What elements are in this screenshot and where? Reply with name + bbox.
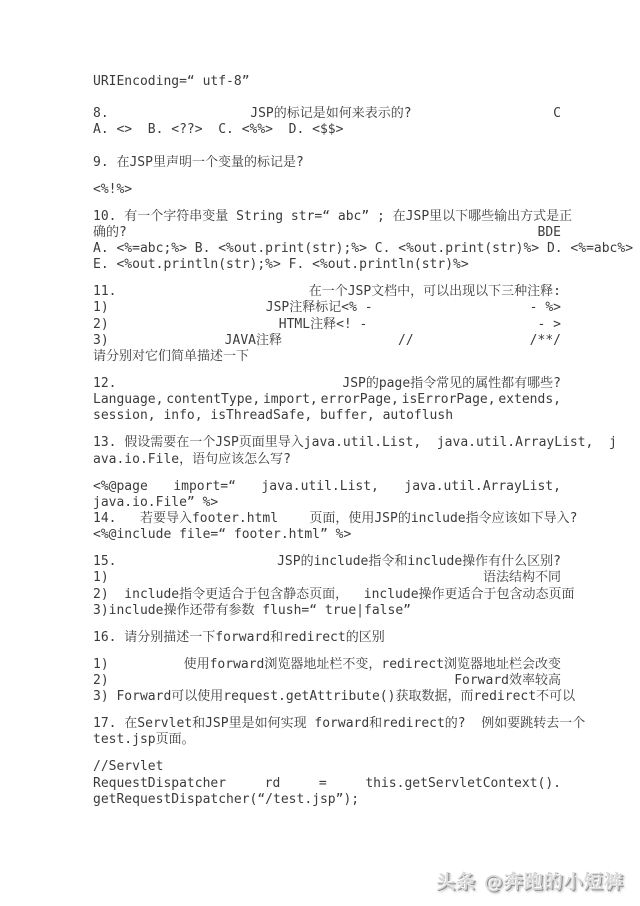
doc-line: 2)HTML注释<! -- >	[93, 317, 561, 333]
blank-line	[93, 705, 561, 716]
blank-line	[93, 198, 561, 209]
doc-line-segment: HTML注释<! -	[279, 317, 368, 333]
blank-line	[93, 543, 561, 554]
doc-line-segment: C	[553, 106, 561, 122]
doc-line: test.jsp页面。	[93, 732, 561, 748]
doc-line: A. <%=abc;%> B. <%out.print(str);%> C. <…	[93, 241, 561, 257]
doc-line-segment: 在一个JSP文档中，可以出现以下三种注释:	[309, 284, 561, 300]
doc-line: <%@pageimport=“java.util.List,java.util.…	[93, 479, 561, 495]
doc-line: 请分别对它们简单描述一下	[93, 349, 561, 365]
doc-line-segment: - %>	[530, 300, 561, 316]
doc-line: 1)JSP注释标记<% -- %>	[93, 300, 561, 316]
blank-line	[93, 171, 561, 182]
doc-line-segment: JSP的include指令和include操作有什么区别?	[277, 554, 561, 570]
doc-line-segment: isErrorPage,	[402, 392, 496, 408]
doc-line-segment: 11.	[93, 284, 116, 300]
blank-line	[93, 90, 561, 106]
doc-line: A. <> B. <??> C. <%%> D. <$$>	[93, 122, 561, 138]
doc-line: session, info, isThreadSafe, buffer, aut…	[93, 408, 561, 424]
doc-line: RequestDispatcherrd=this.getServletConte…	[93, 776, 561, 792]
doc-line-segment: 1)	[93, 657, 109, 673]
doc-line-segment: 1)	[93, 300, 109, 316]
blank-line	[93, 468, 561, 479]
doc-line-segment: import=“	[173, 479, 236, 495]
doc-line: 9. 在JSP里声明一个变量的标记是?	[93, 155, 561, 171]
doc-line: 3)JAVA注释///**/	[93, 333, 561, 349]
doc-line-segment: extends,	[498, 392, 561, 408]
doc-line-segment: =	[319, 776, 327, 792]
doc-line-segment: 15.	[93, 554, 116, 570]
doc-line: 2)Forward效率较高	[93, 673, 561, 689]
blank-line	[93, 365, 561, 376]
doc-line: 确的?BDE	[93, 225, 561, 241]
doc-line: Language,contentType,import,errorPage,is…	[93, 392, 561, 408]
doc-line: E. <%out.println(str);%> F. <%out.printl…	[93, 257, 561, 273]
doc-line-segment: java.util.ArrayList,	[404, 479, 561, 495]
doc-line-segment: 语法结构不同	[483, 570, 561, 586]
doc-line-segment: 8.	[93, 106, 109, 122]
doc-line: 11.在一个JSP文档中，可以出现以下三种注释:	[93, 284, 561, 300]
doc-line-segment: 2)	[93, 317, 109, 333]
doc-line: 3) Forward可以使用request.getAttribute()获取数据…	[93, 689, 561, 705]
blank-line	[93, 749, 561, 760]
blank-line	[93, 425, 561, 436]
doc-line-segment: JSP的标记是如何来表示的?	[250, 106, 411, 122]
doc-line-segment: Language,	[93, 392, 163, 408]
doc-line: <%!%>	[93, 182, 561, 198]
watermark: 头条 @奔跑的小短裤	[436, 867, 624, 894]
doc-line: 14. 若要导入footer.html 页面，使用JSP的include指令应该…	[93, 511, 561, 527]
doc-line-segment: 2)	[93, 673, 109, 689]
doc-line: //Servlet	[93, 759, 561, 775]
doc-line: 10. 有一个字符串变量 String str=“ abc” ; 在JSP里以下…	[93, 209, 561, 225]
doc-line: 16. 请分别描述一下forward和redirect的区别	[93, 630, 561, 646]
doc-line-segment: 12.	[93, 376, 116, 392]
doc-line-segment: JAVA注释	[225, 333, 282, 349]
blank-line	[93, 619, 561, 630]
doc-line: 15.JSP的include指令和include操作有什么区别?	[93, 554, 561, 570]
doc-line: java.io.File” %>	[93, 495, 561, 511]
doc-line: 12.JSP的page指令常见的属性都有哪些?	[93, 376, 561, 392]
watermark-text: 头条 @奔跑的小短裤	[436, 871, 624, 893]
doc-line-segment: 使用forward浏览器地址栏不变，redirect浏览器地址栏会改变	[184, 657, 561, 673]
blank-line	[93, 646, 561, 657]
doc-line-segment: BDE	[538, 225, 561, 241]
doc-line-segment: - >	[538, 317, 561, 333]
doc-line-segment: RequestDispatcher	[93, 776, 226, 792]
doc-line: 8.JSP的标记是如何来表示的?C	[93, 106, 561, 122]
doc-line-segment: 1)	[93, 570, 109, 586]
doc-line-segment: 3)	[93, 333, 109, 349]
doc-line-segment: JSP注释标记<% -	[266, 300, 373, 316]
doc-line: 2) include指令更适合于包含静态页面， include操作更适合于包含动…	[93, 587, 561, 603]
doc-line-segment: //	[398, 333, 414, 349]
doc-line-segment: Forward效率较高	[454, 673, 561, 689]
doc-line: ava.io.File，语句应该怎么写?	[93, 452, 561, 468]
doc-line: <%@include file=“ footer.html” %>	[93, 527, 561, 543]
document-body: URIEncoding=“ utf-8”8.JSP的标记是如何来表示的?CA. …	[93, 74, 561, 808]
doc-line: 3)include操作还带有参数 flush=“ true|false”	[93, 603, 561, 619]
doc-line: 1)语法结构不同	[93, 570, 561, 586]
doc-line: 1)使用forward浏览器地址栏不变，redirect浏览器地址栏会改变	[93, 657, 561, 673]
doc-line-segment: import,	[263, 392, 318, 408]
doc-line: 13. 假设需要在一个JSP页面里导入java.util.List, java.…	[93, 435, 561, 451]
blank-line	[93, 139, 561, 155]
doc-line: URIEncoding=“ utf-8”	[93, 74, 561, 90]
doc-line-segment: <%@page	[93, 479, 148, 495]
doc-line-segment: JSP的page指令常见的属性都有哪些?	[342, 376, 561, 392]
doc-line-segment: errorPage,	[321, 392, 399, 408]
doc-line: 17. 在Servlet和JSP里是如何实现 forward和redirect的…	[93, 716, 561, 732]
blank-line	[93, 273, 561, 284]
document-page: URIEncoding=“ utf-8”8.JSP的标记是如何来表示的?CA. …	[0, 0, 640, 906]
doc-line-segment: contentType,	[166, 392, 260, 408]
doc-line: getRequestDispatcher(“/test.jsp”);	[93, 792, 561, 808]
doc-line-segment: this.getServletContext().	[365, 776, 561, 792]
doc-line-segment: rd	[265, 776, 281, 792]
doc-line-segment: 确的?	[93, 225, 127, 241]
doc-line-segment: /**/	[530, 333, 561, 349]
doc-line-segment: java.util.List,	[261, 479, 378, 495]
